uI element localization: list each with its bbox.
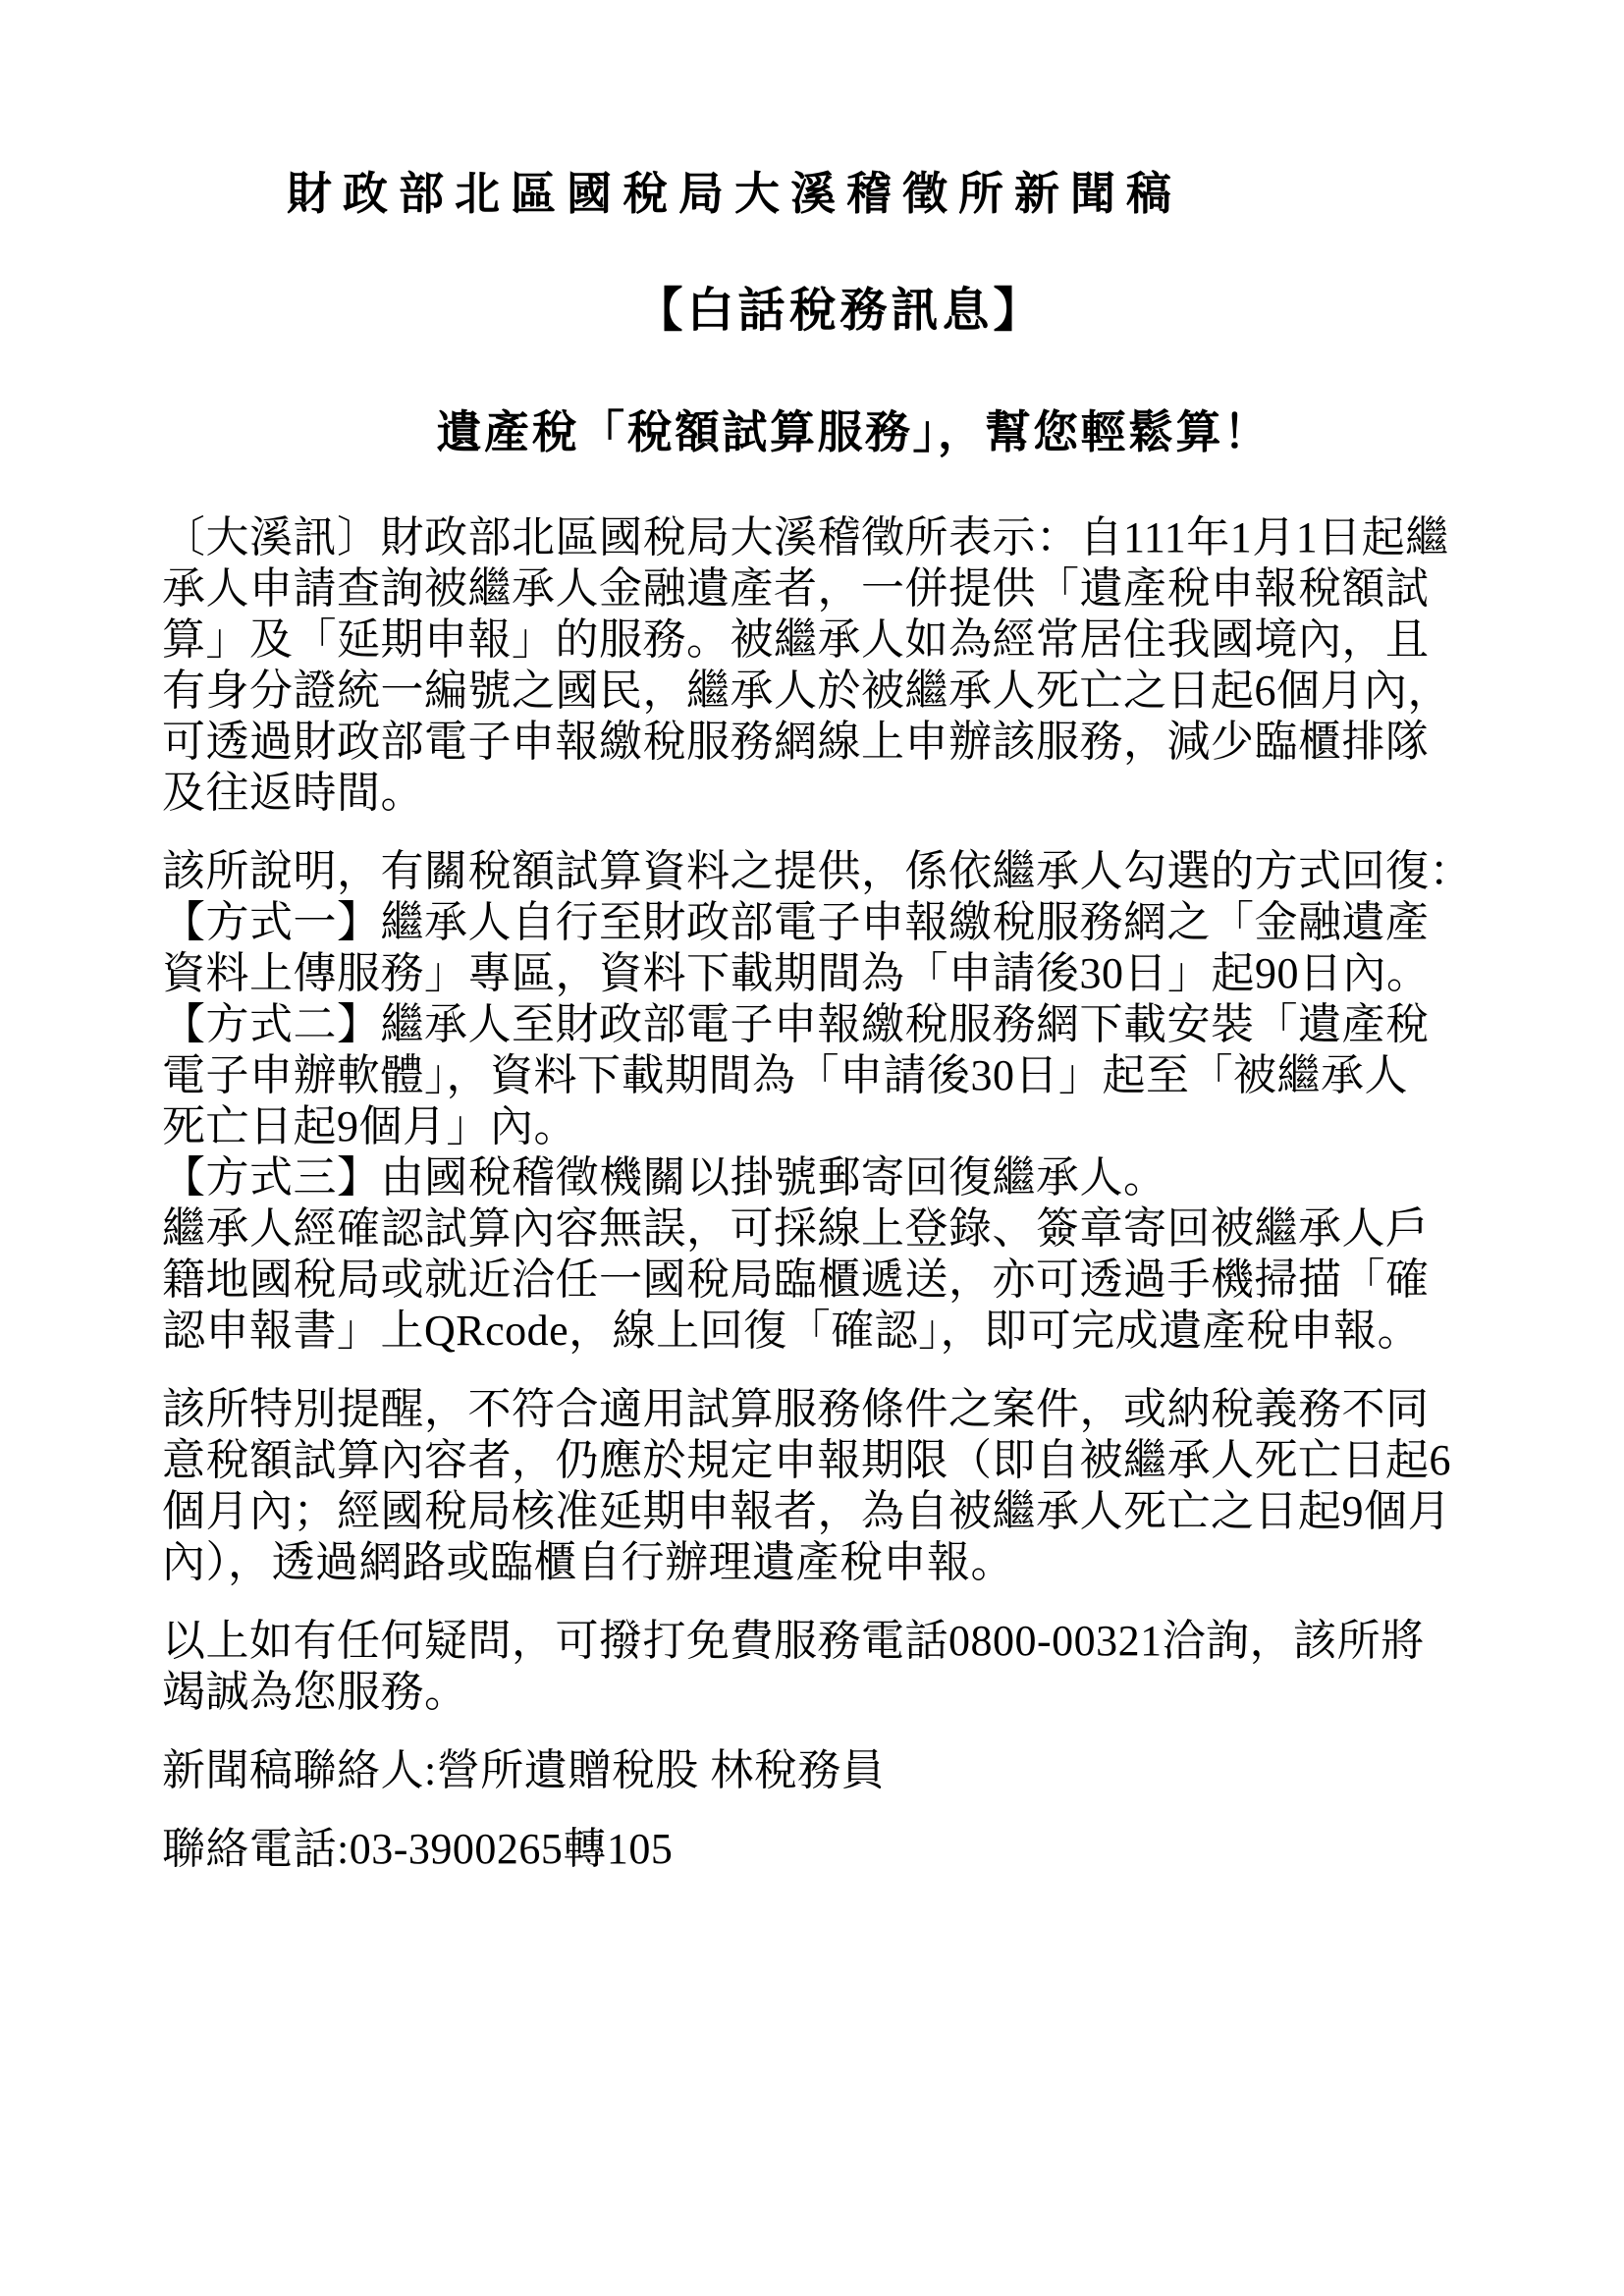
body-paragraphs: 〔大溪訊〕財政部北區國稅局大溪稽徵所表示：自111年1月1日起繼 承人申請查詢被… bbox=[162, 512, 1496, 1875]
banner-line: 【白話稅務訊息】 bbox=[162, 283, 1496, 340]
methods-paragraph: 該所說明，有關稅額試算資料之提供，係依繼承人勾選的方式回復： 【方式一】繼承人自… bbox=[162, 846, 1496, 1357]
reminder-paragraph: 該所特別提醒，不符合適用試算服務條件之案件，或納稅義務不同 意稅額試算內容者，仍… bbox=[162, 1384, 1496, 1588]
contact-person-line: 新聞稿聯絡人:營所遺贈稅股 林稅務員 bbox=[162, 1745, 1496, 1796]
contact-phone-line: 聯絡電話:03-3900265轉105 bbox=[162, 1824, 1496, 1875]
intro-paragraph: 〔大溪訊〕財政部北區國稅局大溪稽徵所表示：自111年1月1日起繼 承人申請查詢被… bbox=[162, 512, 1496, 819]
page-title: 財政部北區國稅局大溪稽徵所新聞稿 bbox=[162, 167, 1496, 222]
headline: 遺產稅「稅額試算服務」，幫您輕鬆算！ bbox=[162, 404, 1496, 461]
press-release-page: 財政部北區國稅局大溪稽徵所新聞稿 【白話稅務訊息】 遺產稅「稅額試算服務」，幫您… bbox=[0, 0, 1624, 2296]
hotline-paragraph: 以上如有任何疑問，可撥打免費服務電話0800-00321洽詢，該所將 竭誠為您服… bbox=[162, 1616, 1496, 1718]
